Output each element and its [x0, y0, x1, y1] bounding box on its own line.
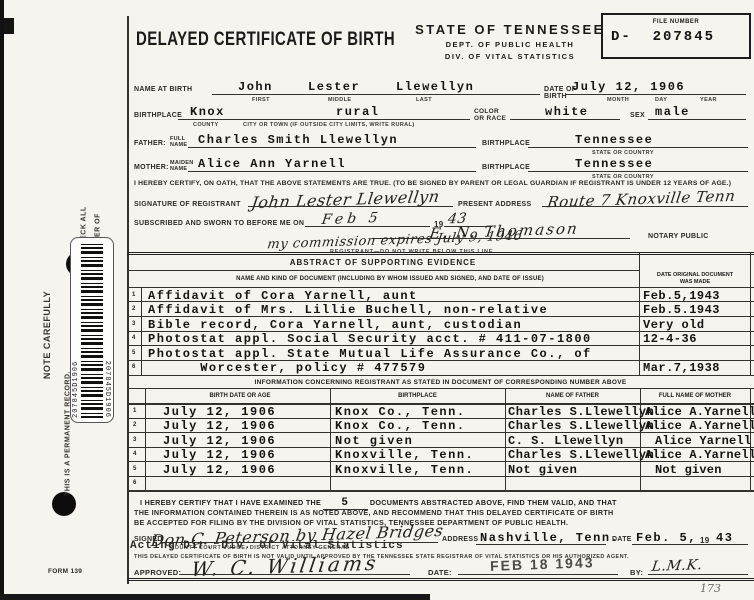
last-sublabel: LAST [416, 97, 432, 103]
birthplace-rule [178, 105, 470, 120]
certify-line1-post: DOCUMENTS ABSTRACTED ABOVE, FIND THEM VA… [370, 498, 617, 507]
county-sublabel: COUNTY [193, 122, 219, 128]
file-number-box: FILE NUMBER D- 207845 [601, 13, 751, 59]
approved-rule [180, 560, 410, 575]
approved-label: APPROVED: [134, 568, 181, 577]
form-number: FORM 139 [48, 568, 82, 575]
father-state-sublabel: STATE OR COUNTRY [592, 150, 654, 156]
file-number-label: FILE NUMBER [603, 19, 749, 25]
info-col-rule [505, 388, 506, 490]
info-father: C. S. Llewellyn [508, 434, 624, 448]
signed-overlay-title: Acting Dir. Div. of Vital Statistics [130, 540, 404, 552]
info-mother: Alice A.Yarnell [645, 405, 754, 419]
cert-date-label: DATE [612, 536, 632, 543]
info-birthplace: Knoxville, Tenn. [335, 463, 474, 477]
city-sublabel: CITY OR TOWN (IF OUTSIDE CITY LIMITS, WR… [243, 122, 415, 128]
certify-line1-pre: I HEREBY CERTIFY THAT I HAVE EXAMINED TH… [140, 498, 321, 507]
year-sublabel: YEAR [700, 97, 717, 103]
birthplace-label: BIRTHPLACE [134, 112, 182, 119]
evidence-col2-header: DATE ORIGINAL DOCUMENT WAS MADE [641, 272, 749, 285]
info-row-number: 6 [133, 480, 136, 486]
info-birthplace: Knox Co., Tenn. [335, 419, 466, 433]
certify-line2: THE INFORMATION CONTAINED THEREIN IS AS … [134, 508, 754, 517]
evidence-date: Mar.7,1938 [643, 361, 720, 375]
month-sublabel: MONTH [607, 97, 629, 103]
info-father: Not given [508, 463, 577, 477]
registrant-signature-label: SIGNATURE OF REGISTRANT [134, 201, 241, 208]
approved-by-rule [648, 560, 748, 575]
name-rule [212, 80, 540, 95]
evidence-row-number: 5 [132, 350, 135, 356]
agency-block: STATE OF TENNESSEE DEPT. OF PUBLIC HEALT… [400, 22, 620, 61]
sex-label: SEX [630, 112, 645, 119]
col-header-mother: FULL NAME OF MOTHER [640, 393, 750, 399]
info-father: Charles S.Llewellyn [508, 405, 654, 419]
division-title: DIV. OF VITAL STATISTICS [400, 52, 620, 61]
approved-by-label: BY: [630, 568, 643, 577]
info-birthdate: July 12, 1906 [163, 405, 276, 419]
name-at-birth-label: NAME AT BIRTH [134, 86, 192, 93]
approved-date-label: DATE: [428, 568, 452, 577]
info-title-rule [127, 388, 754, 389]
mother-birthplace-label: BIRTHPLACE [482, 164, 530, 171]
barcode-text: 207845D1906 [72, 242, 80, 418]
pencil-mark: 173 [700, 582, 721, 595]
info-mother: Alice A.Yarnell [645, 448, 754, 462]
race-label: COLOR OR RACE [474, 108, 506, 122]
address-rule [476, 531, 606, 545]
present-address-rule [542, 192, 748, 207]
info-father: Charles S.Llewellyn [508, 448, 654, 462]
info-birthplace: Knoxville, Tenn. [335, 448, 474, 462]
father-name-rule [188, 133, 476, 148]
evidence-row-number: 3 [132, 321, 135, 327]
sworn-label: SUBSCRIBED AND SWORN TO BEFORE ME ON [134, 220, 304, 227]
margin-note-careful: NOTE CAREFULLY [42, 270, 52, 400]
form-left-border [127, 16, 129, 584]
evidence-date: Feb.5,1943 [643, 289, 720, 303]
evidence-doc: Bible record, Cora Yarnell, aunt, custod… [148, 318, 522, 332]
col-header-father: NAME OF FATHER [505, 393, 640, 399]
info-birthdate: July 12, 1906 [163, 419, 276, 433]
info-row-number: 4 [133, 451, 136, 457]
col-header-birthdate: BIRTH DATE OR AGE [150, 393, 330, 399]
address-label: ADDRESS [442, 536, 478, 543]
row-rule [127, 490, 754, 492]
evidence-header-rule [127, 287, 754, 288]
evidence-row-number: 2 [132, 306, 135, 312]
evidence-row-number: 6 [132, 364, 135, 370]
barcode-sticker: 207845D1906 207845D1906 [70, 237, 114, 423]
info-birthdate: July 12, 1906 [163, 463, 276, 477]
info-col-rule [640, 388, 641, 490]
info-number-col-rule [145, 388, 146, 490]
approved-date-rule [458, 560, 618, 575]
evidence-title-rule [127, 270, 639, 271]
info-col-rule [330, 388, 331, 490]
evidence-title: ABSTRACT OF SUPPORTING EVIDENCE [127, 258, 639, 267]
info-birthplace: Knox Co., Tenn. [335, 405, 466, 419]
barcode-text-mirror: 207845D1906 [103, 242, 111, 418]
evidence-doc: Photostat appl. State Mutual Life Assura… [148, 347, 592, 361]
evidence-date: Very old [643, 318, 705, 332]
race-rule [510, 105, 620, 120]
father-name-label: FULL NAME [170, 136, 187, 148]
registrant-signature-rule [248, 192, 453, 207]
info-row-number: 5 [133, 466, 136, 472]
evidence-date: 12-4-36 [643, 332, 697, 346]
info-mother: Alice Yarnell [655, 434, 751, 448]
file-number-value: D- 207845 [611, 29, 749, 45]
father-birthplace-rule [528, 133, 748, 148]
form-title: DELAYED CERTIFICATE OF BIRTH [136, 28, 395, 50]
info-mother: Alice A.Yarnell [645, 419, 754, 433]
evidence-row-number: 4 [132, 335, 135, 341]
info-father: Charles S.Llewellyn [508, 419, 654, 433]
evidence-right-rule [750, 253, 751, 375]
info-row-number: 1 [133, 408, 136, 414]
bottom-double-rule [127, 578, 754, 581]
present-address-label: PRESENT ADDRESS [458, 201, 531, 208]
evidence-date-col-rule [639, 253, 640, 375]
row-rule [127, 375, 754, 376]
evidence-row-number: 1 [132, 292, 135, 298]
dept-title: DEPT. OF PUBLIC HEALTH [400, 40, 620, 49]
col-header-birthplace: BIRTHPLACE [330, 393, 505, 399]
scan-edge-left [0, 0, 4, 600]
notary-public-label: NOTARY PUBLIC [648, 233, 709, 240]
evidence-col1-header: NAME AND KIND OF DOCUMENT (INCLUDING BY … [145, 276, 635, 282]
mother-label: MOTHER: [134, 164, 169, 171]
mother-birthplace-rule [528, 157, 748, 172]
scanned-birth-certificate: NOTE CAREFULLY THIS IS A PERMANENT RECOR… [0, 0, 754, 600]
evidence-date: Feb.5.1943 [643, 303, 720, 317]
evidence-doc: Affidavit of Cora Yarnell, aunt [148, 289, 418, 303]
scan-edge-corner [4, 18, 14, 34]
section-divider [127, 252, 754, 255]
cert-date-rule [632, 531, 748, 545]
father-birthplace-label: BIRTHPLACE [482, 140, 530, 147]
sex-rule [648, 105, 746, 120]
mother-name-rule [188, 157, 476, 172]
scan-edge-bottom [0, 594, 430, 600]
day-sublabel: DAY [655, 97, 667, 103]
info-birthplace: Not given [335, 434, 413, 448]
evidence-doc: Photostat appl. Social Security acct. # … [148, 332, 592, 346]
registrant-info-title: INFORMATION CONCERNING REGISTRANT AS STA… [127, 379, 754, 386]
info-birthdate: July 12, 1906 [163, 434, 276, 448]
barcode-stripes [81, 242, 103, 418]
info-mother: Not given [655, 463, 722, 477]
state-title: STATE OF TENNESSEE [400, 22, 620, 37]
evidence-doc: Worcester, policy # 477579 [148, 361, 426, 375]
middle-sublabel: MIDDLE [328, 97, 351, 103]
info-row-number: 2 [133, 422, 136, 428]
father-label: FATHER: [134, 140, 166, 147]
info-birthdate: July 12, 1906 [163, 448, 276, 462]
first-sublabel: FIRST [252, 97, 270, 103]
info-row-number: 3 [133, 437, 136, 443]
dob-rule [566, 80, 746, 95]
evidence-doc: Affidavit of Mrs. Lillie Buchell, non-re… [148, 303, 548, 317]
